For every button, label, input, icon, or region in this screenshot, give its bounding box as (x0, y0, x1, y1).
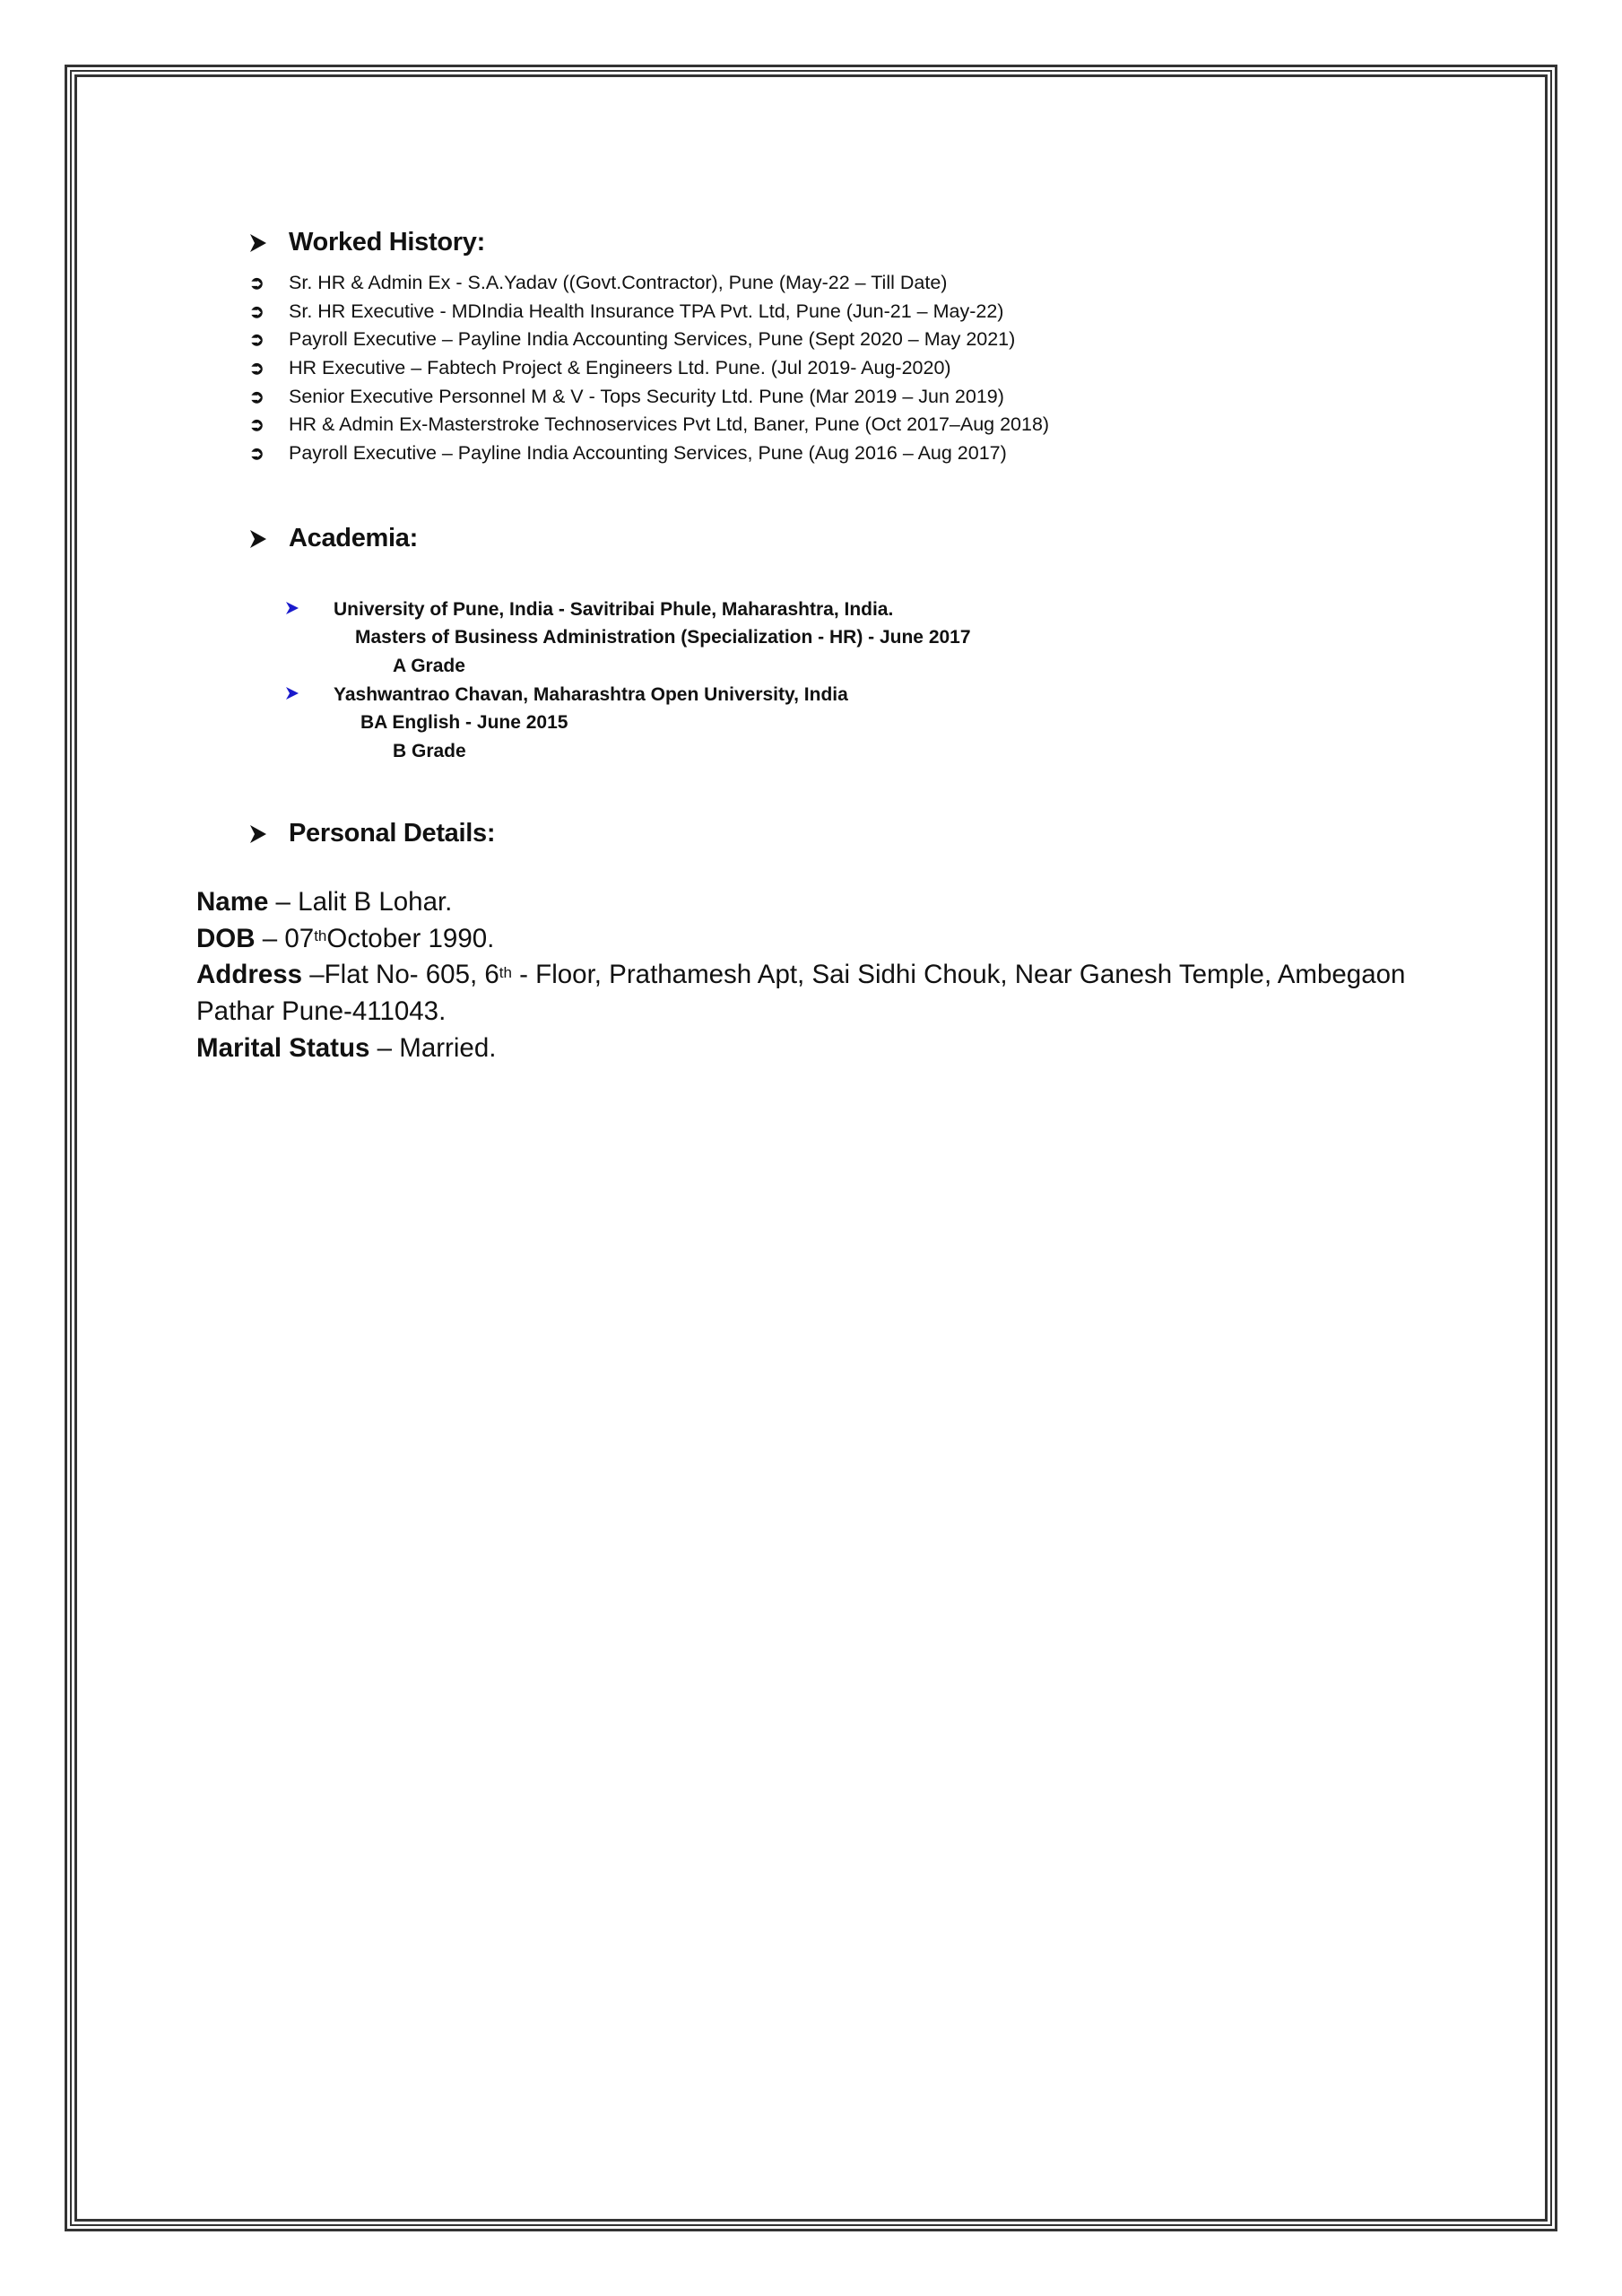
personal-details-heading: Personal Details: (249, 819, 495, 848)
blue-arrow-bullet-icon (285, 684, 334, 706)
education-degree: BA English - June 2015 (285, 709, 971, 737)
address-row: Address –Flat No- 605, 6th - Floor, Prat… (196, 957, 1452, 994)
marital-status-label: Marital Status (196, 1033, 369, 1064)
name-row: Name – Lalit B Lohar. (196, 884, 1452, 921)
return-arrow-icon: ➲ (249, 413, 289, 436)
dob-label: DOB (196, 924, 256, 954)
marital-status-value: Married. (399, 1033, 496, 1064)
work-history-item: ➲Payroll Executive – Payline India Accou… (249, 326, 1049, 354)
address-label: Address (196, 960, 302, 990)
return-arrow-icon: ➲ (249, 386, 289, 408)
education-degree: Masters of Business Administration (Spec… (285, 624, 971, 653)
return-arrow-icon: ➲ (249, 300, 289, 323)
education-institution: University of Pune, India - Savitribai P… (285, 596, 971, 624)
name-value: Lalit B Lohar. (298, 887, 452, 918)
work-history-item: ➲Senior Executive Personnel M & V - Tops… (249, 382, 1049, 411)
return-arrow-icon: ➲ (249, 272, 289, 294)
arrow-right-bullet-icon (249, 824, 289, 844)
academia-title: Academia: (289, 524, 418, 553)
education-grade: A Grade (285, 652, 971, 681)
blue-arrow-bullet-icon (285, 599, 334, 621)
work-history-item: ➲Sr. HR Executive - MDIndia Health Insur… (249, 298, 1049, 326)
personal-details-title: Personal Details: (289, 819, 495, 848)
arrow-right-bullet-icon (249, 233, 289, 253)
name-label: Name (196, 887, 268, 918)
work-history-item: ➲Payroll Executive – Payline India Accou… (249, 439, 1049, 468)
education-list: University of Pune, India - Savitribai P… (285, 596, 971, 766)
work-history-list: ➲Sr. HR & Admin Ex - S.A.Yadav ((Govt.Co… (249, 269, 1049, 467)
return-arrow-icon: ➲ (249, 442, 289, 465)
worked-history-title: Worked History: (289, 228, 485, 257)
academia-heading: Academia: (249, 524, 418, 553)
education-grade: B Grade (285, 737, 971, 766)
personal-details: Name – Lalit B Lohar. DOB – 07thOctober … (196, 884, 1452, 1066)
marital-status-row: Marital Status – Married. (196, 1030, 1452, 1066)
address-line-2: Pathar Pune-411043. (196, 994, 1452, 1031)
dob-row: DOB – 07thOctober 1990. (196, 921, 1452, 958)
arrow-right-bullet-icon (249, 529, 289, 549)
worked-history-heading: Worked History: (249, 228, 485, 257)
return-arrow-icon: ➲ (249, 328, 289, 351)
return-arrow-icon: ➲ (249, 357, 289, 379)
work-history-item: ➲HR Executive – Fabtech Project & Engine… (249, 354, 1049, 383)
work-history-item: ➲HR & Admin Ex-Masterstroke Technoservic… (249, 411, 1049, 439)
education-institution: Yashwantrao Chavan, Maharashtra Open Uni… (285, 681, 971, 709)
work-history-item: ➲Sr. HR & Admin Ex - S.A.Yadav ((Govt.Co… (249, 269, 1049, 298)
